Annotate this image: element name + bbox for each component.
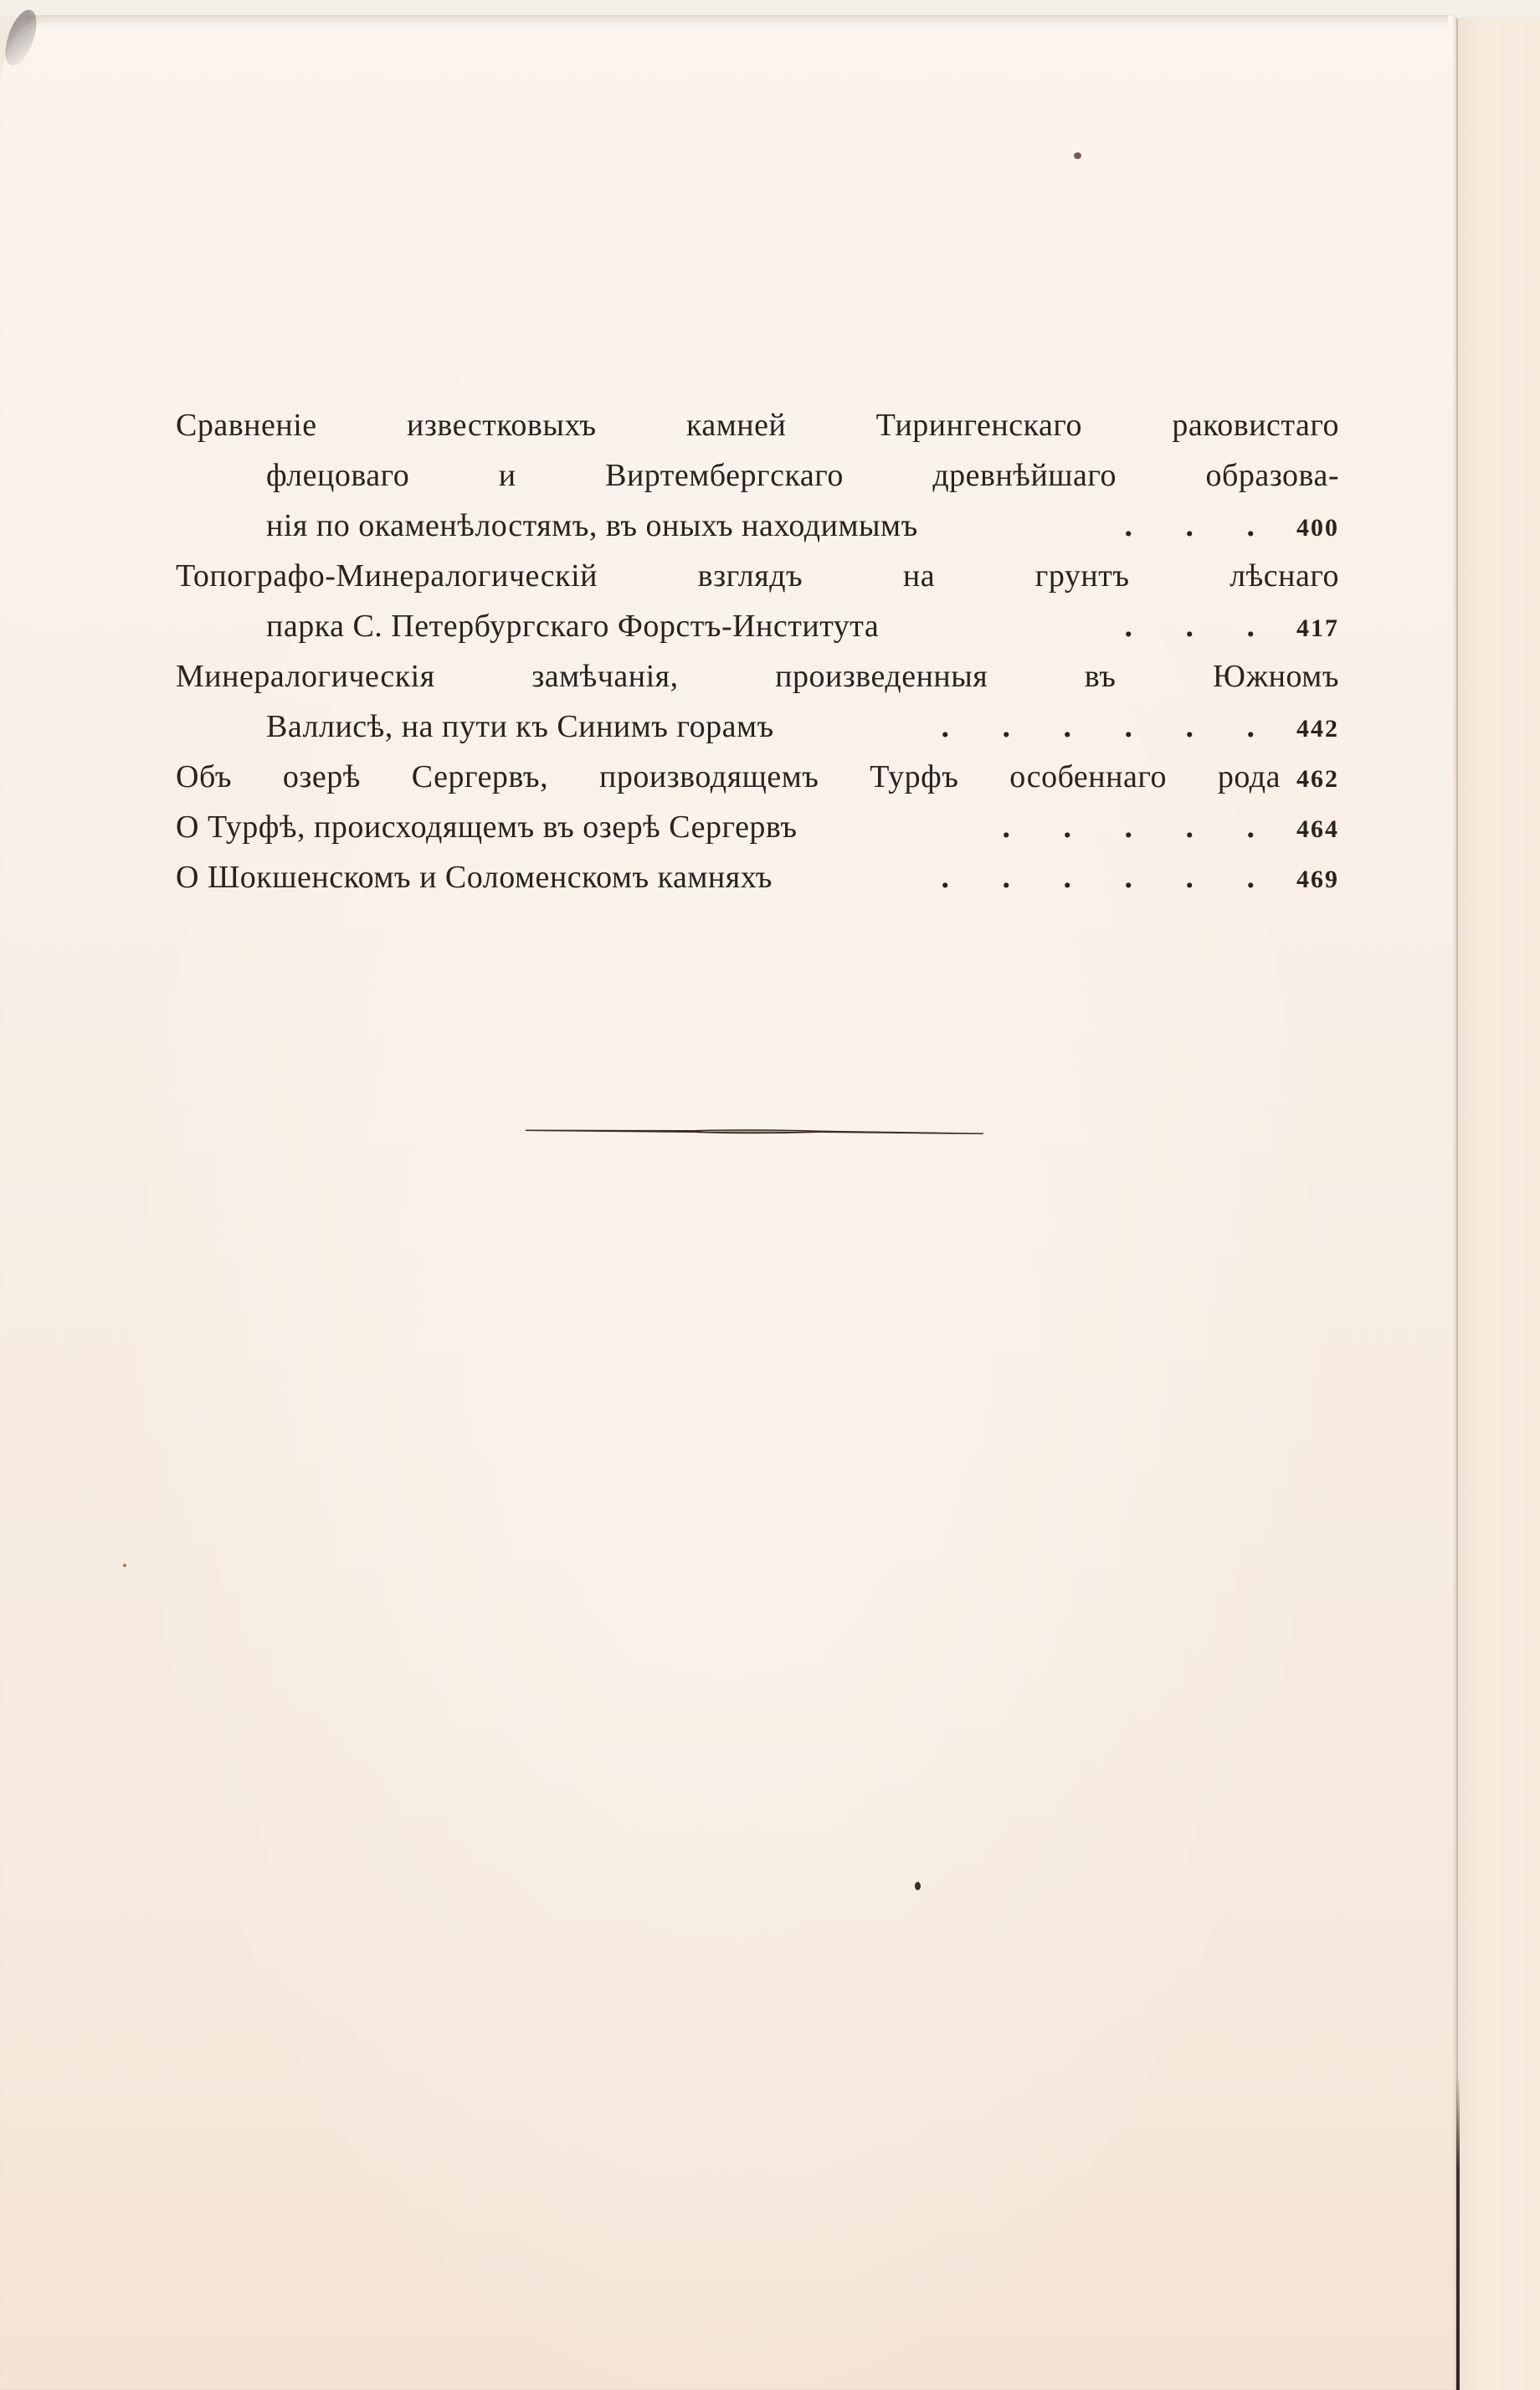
toc-entry-line: нія по окаменѣлостямъ, въ оныхъ находимы… <box>176 501 1339 551</box>
toc-entry-title: О Шокшенскомъ и Соломенскомъ камняхъ <box>176 852 773 902</box>
decorative-rule <box>526 1128 984 1135</box>
adjacent-page-edge <box>1456 18 1540 2390</box>
toc-entry-line: О Шокшенскомъ и Соломенскомъ камняхъ . .… <box>176 852 1339 902</box>
toc-entry: О Шокшенскомъ и Соломенскомъ камняхъ . .… <box>176 852 1339 902</box>
toc-page-number: 417 <box>1281 604 1339 654</box>
toc-page-number: 442 <box>1281 704 1339 754</box>
toc-entry-title-continued: парка С. Петербургскаго Форстъ-Института <box>266 601 879 651</box>
toc-entry: Объ озерѣ Сергервъ, производящемъ Турфъ … <box>176 752 1339 802</box>
toc-page-number: 464 <box>1281 804 1339 855</box>
paper-speck <box>915 1882 921 1890</box>
paper-speck <box>123 1564 126 1567</box>
toc-entry-title-continued: флецоваго и Виртембергскаго древнѣйшаго … <box>266 450 1339 501</box>
toc-entry: Сравненіе известковыхъ камней Тирингенск… <box>176 400 1339 551</box>
toc-page-number: 462 <box>1281 754 1339 804</box>
toc-entry: Минералогическія замѣчанія, произведенны… <box>176 651 1339 752</box>
toc-entry-title: О Турфѣ, происходящемъ въ озерѣ Сергервъ <box>176 802 798 852</box>
dot-leader: . . . . . . <box>774 702 1281 752</box>
toc-entry-title: Минералогическія замѣчанія, произведенны… <box>176 651 1339 702</box>
dot-leader: . . . . . . <box>773 852 1281 902</box>
toc-entry-line: Валлисѣ, на пути къ Синимъ горамъ . . . … <box>176 702 1339 752</box>
toc-entry: О Турфѣ, происходящемъ въ озерѣ Сергервъ… <box>176 802 1339 852</box>
toc-entry-line: флецоваго и Виртембергскаго древнѣйшаго … <box>176 450 1339 501</box>
table-of-contents: Сравненіе известковыхъ камней Тирингенск… <box>176 400 1339 902</box>
page-top-shadow <box>25 15 1448 27</box>
toc-entry-line: Топографо-Минералогическій взглядъ на гр… <box>176 551 1339 601</box>
toc-entry-line: Сравненіе известковыхъ камней Тирингенск… <box>176 400 1339 450</box>
dot-leader: . . . . . <box>798 802 1281 852</box>
scan-top-strip <box>0 0 1540 17</box>
toc-page-number: 469 <box>1281 855 1339 905</box>
toc-entry: Топографо-Минералогическій взглядъ на гр… <box>176 551 1339 651</box>
toc-entry-line: Минералогическія замѣчанія, произведенны… <box>176 651 1339 702</box>
paper-speck <box>1074 152 1081 159</box>
toc-entry-title-continued: Валлисѣ, на пути къ Синимъ горамъ <box>266 702 774 752</box>
toc-entry-title: Топографо-Минералогическій взглядъ на гр… <box>176 551 1339 601</box>
toc-entry-title-continued: нія по окаменѣлостямъ, въ оныхъ находимы… <box>266 501 918 551</box>
toc-entry-title: Объ озерѣ Сергервъ, производящемъ Турфъ … <box>176 752 1281 802</box>
book-page <box>0 15 1456 2390</box>
toc-entry-line: парка С. Петербургскаго Форстъ-Института… <box>176 601 1339 651</box>
dot-leader: . . . <box>918 501 1281 551</box>
toc-entry-line: О Турфѣ, происходящемъ въ озерѣ Сергервъ… <box>176 802 1339 852</box>
toc-page-number: 400 <box>1281 503 1339 553</box>
toc-entry-line: Объ озерѣ Сергервъ, производящемъ Турфъ … <box>176 752 1339 802</box>
dot-leader: . . . <box>879 601 1281 651</box>
toc-entry-title: Сравненіе известковыхъ камней Тирингенск… <box>176 400 1339 450</box>
